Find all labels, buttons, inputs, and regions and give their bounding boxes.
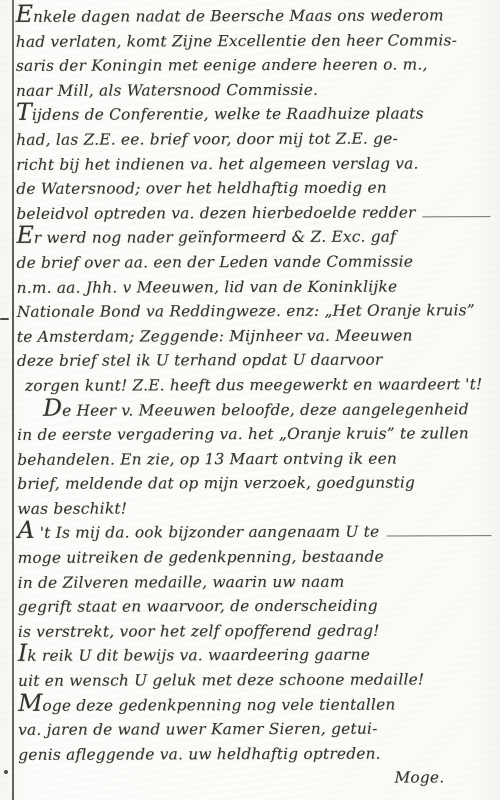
manuscript-line: Moge deze gedenkpenning nog vele tiental… [18, 695, 496, 721]
flourished-initial: A [17, 516, 34, 544]
manuscript-line-text: De Heer v. Meeuwen beloofde, deze aangel… [43, 400, 469, 419]
trailing-ink-rule [423, 216, 491, 217]
manuscript-line: Ik reik U dit bewijs va. waardeering gaa… [18, 646, 496, 672]
manuscript-line: gegrift staat en waarvoor, de onderschei… [18, 596, 496, 622]
flourished-initial: E [16, 221, 33, 249]
manuscript-line-text: Enkele dagen nadat de Beersche Maas ons … [16, 6, 444, 25]
manuscript-page: Enkele dagen nadat de Beersche Maas ons … [0, 0, 500, 800]
manuscript-line: uit en wensch U geluk met deze schoone m… [18, 670, 496, 696]
manuscript-line: brief, meldende dat op mijn verzoek, goe… [17, 473, 495, 499]
manuscript-line: in de eerste vergadering va. het „Oranje… [17, 424, 495, 450]
manuscript-line-text: de Watersnood; over het heldhaftig moedi… [16, 179, 387, 198]
manuscript-line: A 't Is mij da. ook bijzonder aangenaam … [17, 523, 495, 549]
manuscript-line: zorgen kunt! Z.E. heeft dus meegewerkt e… [17, 375, 495, 401]
manuscript-line-text: Tijdens de Conferentie, welke te Raadhui… [16, 105, 424, 124]
manuscript-line-text: richt bij het indienen va. het algemeen … [16, 154, 418, 173]
manuscript-line-text: moge uitreiken de gedenkpenning, bestaan… [18, 548, 384, 567]
manuscript-line: deze brief stel ik U terhand opdat U daa… [17, 350, 495, 376]
manuscript-line-text: saris der Koningin met eenige andere hee… [16, 56, 428, 75]
manuscript-line: moge uitreiken de gedenkpenning, bestaan… [18, 547, 496, 573]
flourished-initial: I [18, 639, 27, 667]
manuscript-line-text: in de Zilveren medaille, waarin uw naam [18, 572, 345, 591]
handwritten-text-block: Enkele dagen nadat de Beersche Maas ons … [16, 6, 497, 795]
manuscript-line-text: zorgen kunt! Z.E. heeft dus meegewerkt e… [25, 375, 483, 395]
manuscript-line: was beschikt! [17, 498, 495, 524]
manuscript-line-text: uit en wensch U geluk met deze schoone m… [18, 670, 424, 689]
signoff-line: Moge. [18, 769, 496, 795]
margin-dot-mark [4, 770, 8, 774]
manuscript-line-text: Moge. [394, 769, 444, 787]
manuscript-line-text: beleidvol optreden va. dezen hierbedoeld… [16, 203, 415, 222]
manuscript-line-text: naar Mill, als Watersnood Commissie. [16, 81, 318, 100]
manuscript-line-text: gegrift staat en waarvoor, de onderschei… [18, 597, 378, 616]
manuscript-line: richt bij het indienen va. het algemeen … [16, 154, 494, 180]
manuscript-line: va. jaren de wand uwer Kamer Sieren, get… [18, 719, 496, 745]
manuscript-line-text: Ik reik U dit bewijs va. waardeering gaa… [18, 646, 370, 665]
manuscript-line-text: Nationale Bond va Reddingweze. enz: „Het… [17, 301, 475, 321]
manuscript-line: de brief over aa. een der Leden vande Co… [16, 252, 494, 278]
manuscript-line-text: va. jaren de wand uwer Kamer Sieren, get… [18, 720, 377, 739]
manuscript-line: n.m. aa. Jhh. v Meeuwen, lid van de Koni… [17, 277, 495, 303]
manuscript-line: te Amsterdam; Zeggende: Mijnheer va. Mee… [17, 326, 495, 352]
flourished-initial: D [43, 393, 62, 421]
manuscript-line-text: A 't Is mij da. ook bijzonder aangenaam … [17, 523, 379, 542]
trailing-ink-rule [386, 536, 491, 537]
flourished-initial: E [16, 0, 33, 28]
manuscript-line-text: was beschikt! [17, 499, 127, 517]
manuscript-line-text: in de eerste vergadering va. het „Oranje… [17, 424, 469, 444]
flourished-initial: T [16, 98, 32, 126]
manuscript-line: De Heer v. Meeuwen beloofde, deze aangel… [17, 400, 495, 426]
manuscript-line-text: de brief over aa. een der Leden vande Co… [16, 252, 413, 271]
manuscript-line: in de Zilveren medaille, waarin uw naam [18, 572, 496, 598]
manuscript-line-text: n.m. aa. Jhh. v Meeuwen, lid van de Koni… [17, 277, 398, 296]
manuscript-line: had, las Z.E. ee. brief voor, door mij t… [16, 129, 494, 155]
manuscript-line: beleidvol optreden va. dezen hierbedoeld… [16, 203, 494, 229]
manuscript-line: genis afleggende va. uw heldhaftig optre… [18, 744, 496, 770]
flourished-initial: M [18, 688, 42, 716]
margin-rule-line [12, 0, 14, 800]
manuscript-line-text: is verstrekt, voor het zelf opofferend g… [18, 621, 380, 640]
manuscript-line: behandelen. En zie, op 13 Maart ontving … [17, 449, 495, 475]
manuscript-line-text: had, las Z.E. ee. brief voor, door mij t… [16, 129, 398, 148]
manuscript-line-text: genis afleggende va. uw heldhaftig optre… [18, 744, 381, 763]
manuscript-line-text: te Amsterdam; Zeggende: Mijnheer va. Mee… [17, 326, 413, 345]
manuscript-line: Nationale Bond va Reddingweze. enz: „Het… [17, 301, 495, 327]
manuscript-line-text: Er werd nog nader geïnformeerd & Z. Exc.… [16, 228, 396, 247]
manuscript-line-text: Moge deze gedenkpenning nog vele tiental… [18, 695, 395, 714]
manuscript-line: Er werd nog nader geïnformeerd & Z. Exc.… [16, 228, 494, 254]
manuscript-line-text: had verlaten, komt Zijne Excellentie den… [16, 31, 457, 51]
manuscript-line-text: brief, meldende dat op mijn verzoek, goe… [17, 474, 415, 493]
manuscript-line: saris der Koningin met eenige andere hee… [16, 55, 494, 81]
margin-dash-mark [0, 318, 9, 320]
manuscript-line-text: behandelen. En zie, op 13 Maart ontving … [17, 449, 397, 468]
manuscript-line: is verstrekt, voor het zelf opofferend g… [18, 621, 496, 647]
manuscript-line: naar Mill, als Watersnood Commissie. [16, 80, 494, 106]
manuscript-line: had verlaten, komt Zijne Excellentie den… [16, 31, 494, 57]
manuscript-line: Tijdens de Conferentie, welke te Raadhui… [16, 105, 494, 131]
manuscript-line: de Watersnood; over het heldhaftig moedi… [16, 178, 494, 204]
manuscript-line: Enkele dagen nadat de Beersche Maas ons … [16, 6, 494, 32]
manuscript-line-text: deze brief stel ik U terhand opdat U daa… [17, 351, 383, 370]
